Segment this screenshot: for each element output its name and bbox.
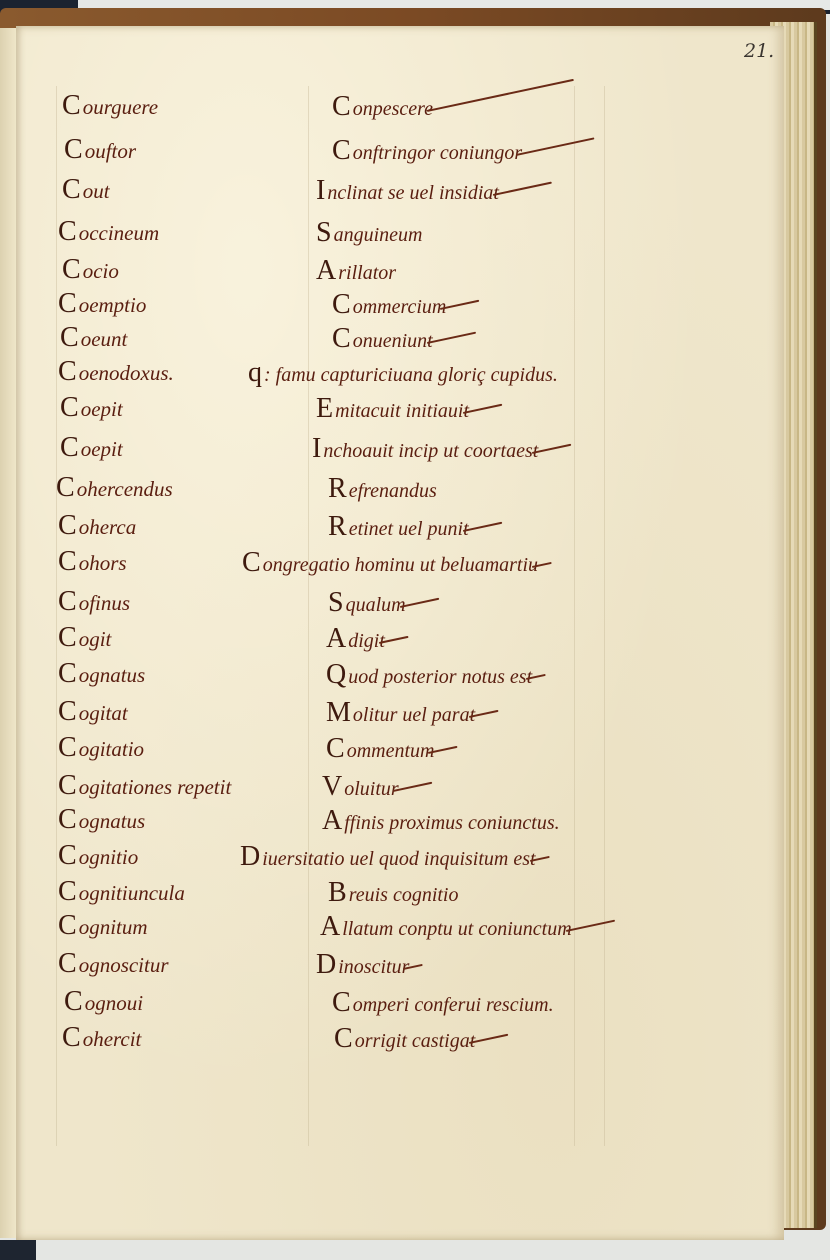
glossary-lemma: Coepit: [60, 432, 123, 464]
gloss-text: nchoauit incip ut coortaest: [323, 440, 538, 462]
glossary-lemma: Coherca: [58, 510, 136, 542]
glossary-lemma: Cogitat: [58, 696, 128, 728]
lemma-text: ohercendus: [77, 477, 173, 501]
lemma-text: ouftor: [85, 139, 136, 163]
gloss-text: omperi conferui rescium.: [353, 994, 554, 1016]
gloss-text: reuis cognitio: [349, 884, 459, 906]
initial-letter: C: [58, 770, 77, 801]
glossary-definition: Arillator: [316, 255, 396, 287]
folio-number: 21.: [744, 40, 774, 62]
initial-letter: C: [332, 289, 351, 320]
glossary-lemma: Cocio: [62, 254, 119, 286]
lemma-text: ogitationes repetit: [79, 775, 232, 799]
gloss-text: onueniunt: [353, 330, 433, 352]
glossary-lemma: Cognitiuncula: [58, 876, 185, 908]
lemma-text: ognitiuncula: [79, 881, 185, 905]
lemma-text: oepit: [81, 397, 123, 421]
initial-letter: M: [326, 697, 351, 728]
initial-letter: C: [58, 804, 77, 835]
gloss-text: uod posterior notus est: [348, 666, 532, 688]
glossary-lemma: Cohercendus: [56, 472, 173, 504]
gloss-text: ffinis proximus coniunctus.: [344, 812, 559, 834]
gloss-text: nclinat se uel insidiat: [327, 182, 499, 204]
pen-flourish: [427, 332, 476, 344]
glossary-definition: Molitur uel parat: [326, 697, 475, 729]
lemma-text: ogit: [79, 627, 112, 651]
initial-letter: q: [248, 357, 262, 388]
glossary-lemma: Cognatus: [58, 804, 145, 836]
initial-letter: C: [332, 323, 351, 354]
pen-flourish: [400, 598, 440, 608]
glossary-definition: q: famu capturiciuana gloriç cupidus.: [248, 357, 558, 389]
initial-letter: C: [58, 622, 77, 653]
initial-letter: I: [316, 175, 325, 206]
initial-letter: C: [58, 948, 77, 979]
glossary-lemma: Cognatus: [58, 658, 145, 690]
gloss-text: qualum: [346, 594, 406, 616]
gloss-text: etinet uel punit: [349, 518, 469, 540]
lemma-text: oemptio: [79, 293, 147, 317]
lemma-text: ogitatio: [79, 737, 144, 761]
initial-letter: C: [332, 135, 351, 166]
manuscript-page: 21. CourguereConpescereCouftorConftringo…: [16, 26, 784, 1240]
glossary-definition: Adigit: [326, 623, 385, 655]
initial-letter: C: [326, 733, 345, 764]
ruling-line: [604, 86, 605, 1146]
glossary-lemma: Couftor: [64, 134, 136, 166]
initial-letter: C: [60, 432, 79, 463]
ruling-line: [308, 86, 309, 1146]
pen-flourish: [516, 137, 595, 156]
initial-letter: C: [58, 586, 77, 617]
initial-letter: C: [58, 658, 77, 689]
lemma-text: ognoscitur: [79, 953, 169, 977]
glossary-definition: Quod posterior notus est: [326, 659, 532, 691]
gloss-text: llatum conptu ut coniunctum: [342, 918, 571, 940]
gloss-text: iuersitatio uel quod inquisitum est: [262, 848, 535, 870]
initial-letter: C: [60, 392, 79, 423]
gloss-text: anguineum: [334, 224, 423, 246]
pen-flourish: [427, 79, 574, 112]
gloss-text: olitur uel parat: [353, 704, 475, 726]
glossary-definition: Refrenandus: [328, 473, 437, 505]
gloss-text: efrenandus: [349, 480, 437, 502]
glossary-definition: Corrigit castigat: [334, 1023, 475, 1055]
lemma-text: oeunt: [81, 327, 128, 351]
glossary-lemma: Coepit: [60, 392, 123, 424]
lemma-text: ohors: [79, 551, 127, 575]
initial-letter: C: [242, 547, 261, 578]
glossary-lemma: Cogitationes repetit: [58, 770, 231, 802]
initial-letter: I: [312, 433, 321, 464]
initial-letter: C: [58, 696, 77, 727]
glossary-definition: Inclinat se uel insidiat: [316, 175, 499, 207]
initial-letter: D: [240, 841, 260, 872]
initial-letter: B: [328, 877, 347, 908]
glossary-lemma: Cogit: [58, 622, 111, 654]
initial-letter: R: [328, 511, 347, 542]
initial-letter: S: [316, 217, 332, 248]
initial-letter: C: [58, 546, 77, 577]
glossary-lemma: Cognitio: [58, 840, 138, 872]
glossary-lemma: Cohercit: [62, 1022, 141, 1054]
glossary-definition: Squalum: [328, 587, 406, 619]
initial-letter: C: [58, 510, 77, 541]
glossary-definition: Conueniunt: [332, 323, 433, 355]
gloss-text: ommentum: [347, 740, 435, 762]
glossary-definition: Dinoscitur: [316, 949, 409, 981]
initial-letter: C: [56, 472, 75, 503]
glossary-lemma: Coeunt: [60, 322, 127, 354]
initial-letter: C: [58, 356, 77, 387]
initial-letter: R: [328, 473, 347, 504]
lemma-text: ognitum: [79, 915, 148, 939]
glossary-lemma: Coenodoxus.: [58, 356, 174, 388]
initial-letter: S: [328, 587, 344, 618]
initial-letter: A: [326, 623, 346, 654]
glossary-lemma: Cognitum: [58, 910, 148, 942]
glossary-definition: Allatum conptu ut coniunctum: [320, 911, 572, 943]
initial-letter: A: [320, 911, 340, 942]
gloss-text: oluitur: [344, 778, 398, 800]
lemma-text: ogitat: [79, 701, 128, 725]
gloss-text: onftringor coniungor: [353, 142, 522, 164]
initial-letter: C: [334, 1023, 353, 1054]
initial-letter: C: [58, 216, 77, 247]
lemma-text: ognoui: [85, 991, 143, 1015]
initial-letter: C: [58, 876, 77, 907]
glossary-definition: Conpescere: [332, 91, 433, 123]
initial-letter: A: [316, 255, 336, 286]
pen-flourish: [493, 182, 552, 196]
glossary-definition: Commentum: [326, 733, 434, 765]
initial-letter: C: [60, 322, 79, 353]
glossary-lemma: Cognoui: [64, 986, 143, 1018]
initial-letter: A: [322, 805, 342, 836]
glossary-definition: Affinis proximus coniunctus.: [322, 805, 560, 837]
initial-letter: C: [332, 987, 351, 1018]
lemma-text: occineum: [79, 221, 159, 245]
initial-letter: C: [64, 134, 83, 165]
glossary-definition: Retinet uel punit: [328, 511, 469, 543]
gloss-text: rillator: [338, 262, 396, 284]
glossary-definition: Voluitur: [322, 771, 399, 803]
lemma-text: ofinus: [79, 591, 130, 615]
gloss-text: orrigit castigat: [355, 1030, 476, 1052]
glossary-definition: Comperi conferui rescium.: [332, 987, 554, 1019]
left-page-edge: [0, 28, 17, 1238]
initial-letter: E: [316, 393, 333, 424]
glossary-definition: Conftringor coniungor: [332, 135, 522, 167]
initial-letter: C: [62, 1022, 81, 1053]
glossary-lemma: Coccineum: [58, 216, 159, 248]
background-corner: [0, 1240, 36, 1260]
lemma-text: ognatus: [79, 663, 146, 687]
glossary-lemma: Cofinus: [58, 586, 130, 618]
ruling-line: [56, 86, 57, 1146]
gloss-text: ommercium: [353, 296, 447, 318]
lemma-text: oherca: [79, 515, 137, 539]
lemma-text: ognatus: [79, 809, 146, 833]
gloss-text: onpescere: [353, 98, 433, 120]
initial-letter: C: [58, 840, 77, 871]
gloss-text: ongregatio hominu ut beluamartiu: [263, 554, 538, 576]
glossary-definition: Diuersitatio uel quod inquisitum est: [240, 841, 536, 873]
glossary-definition: Breuis cognitio: [328, 877, 459, 909]
glossary-lemma: Coemptio: [58, 288, 146, 320]
glossary-lemma: Courguere: [62, 90, 158, 122]
lemma-text: ohercit: [83, 1027, 142, 1051]
initial-letter: C: [58, 288, 77, 319]
glossary-lemma: Cognoscitur: [58, 948, 169, 980]
glossary-definition: Sanguineum: [316, 217, 422, 249]
lemma-text: oepit: [81, 437, 123, 461]
initial-letter: C: [64, 986, 83, 1017]
ruling-line: [574, 86, 575, 1146]
glossary-definition: Commercium: [332, 289, 446, 321]
lemma-text: ognitio: [79, 845, 139, 869]
glossary-definition: Inchoauit incip ut coortaest: [312, 433, 538, 465]
lemma-text: ocio: [83, 259, 119, 283]
initial-letter: C: [58, 732, 77, 763]
gloss-text: : famu capturiciuana gloriç cupidus.: [264, 364, 558, 386]
initial-letter: C: [62, 90, 81, 121]
glossary-lemma: Cout: [62, 174, 110, 206]
initial-letter: V: [322, 771, 342, 802]
initial-letter: C: [62, 174, 81, 205]
glossary-definition: Emitacuit initiauit: [316, 393, 469, 425]
glossary-lemma: Cohors: [58, 546, 127, 578]
initial-letter: Q: [326, 659, 346, 690]
gloss-text: inoscitur: [338, 956, 409, 978]
gloss-text: mitacuit initiauit: [335, 400, 469, 422]
lemma-text: ourguere: [83, 95, 158, 119]
glossary-definition: Congregatio hominu ut beluamartiu: [242, 547, 538, 579]
initial-letter: C: [332, 91, 351, 122]
lemma-text: oenodoxus.: [79, 361, 174, 385]
initial-letter: C: [62, 254, 81, 285]
glossary-lemma: Cogitatio: [58, 732, 144, 764]
lemma-text: out: [83, 179, 110, 203]
initial-letter: C: [58, 910, 77, 941]
initial-letter: D: [316, 949, 336, 980]
